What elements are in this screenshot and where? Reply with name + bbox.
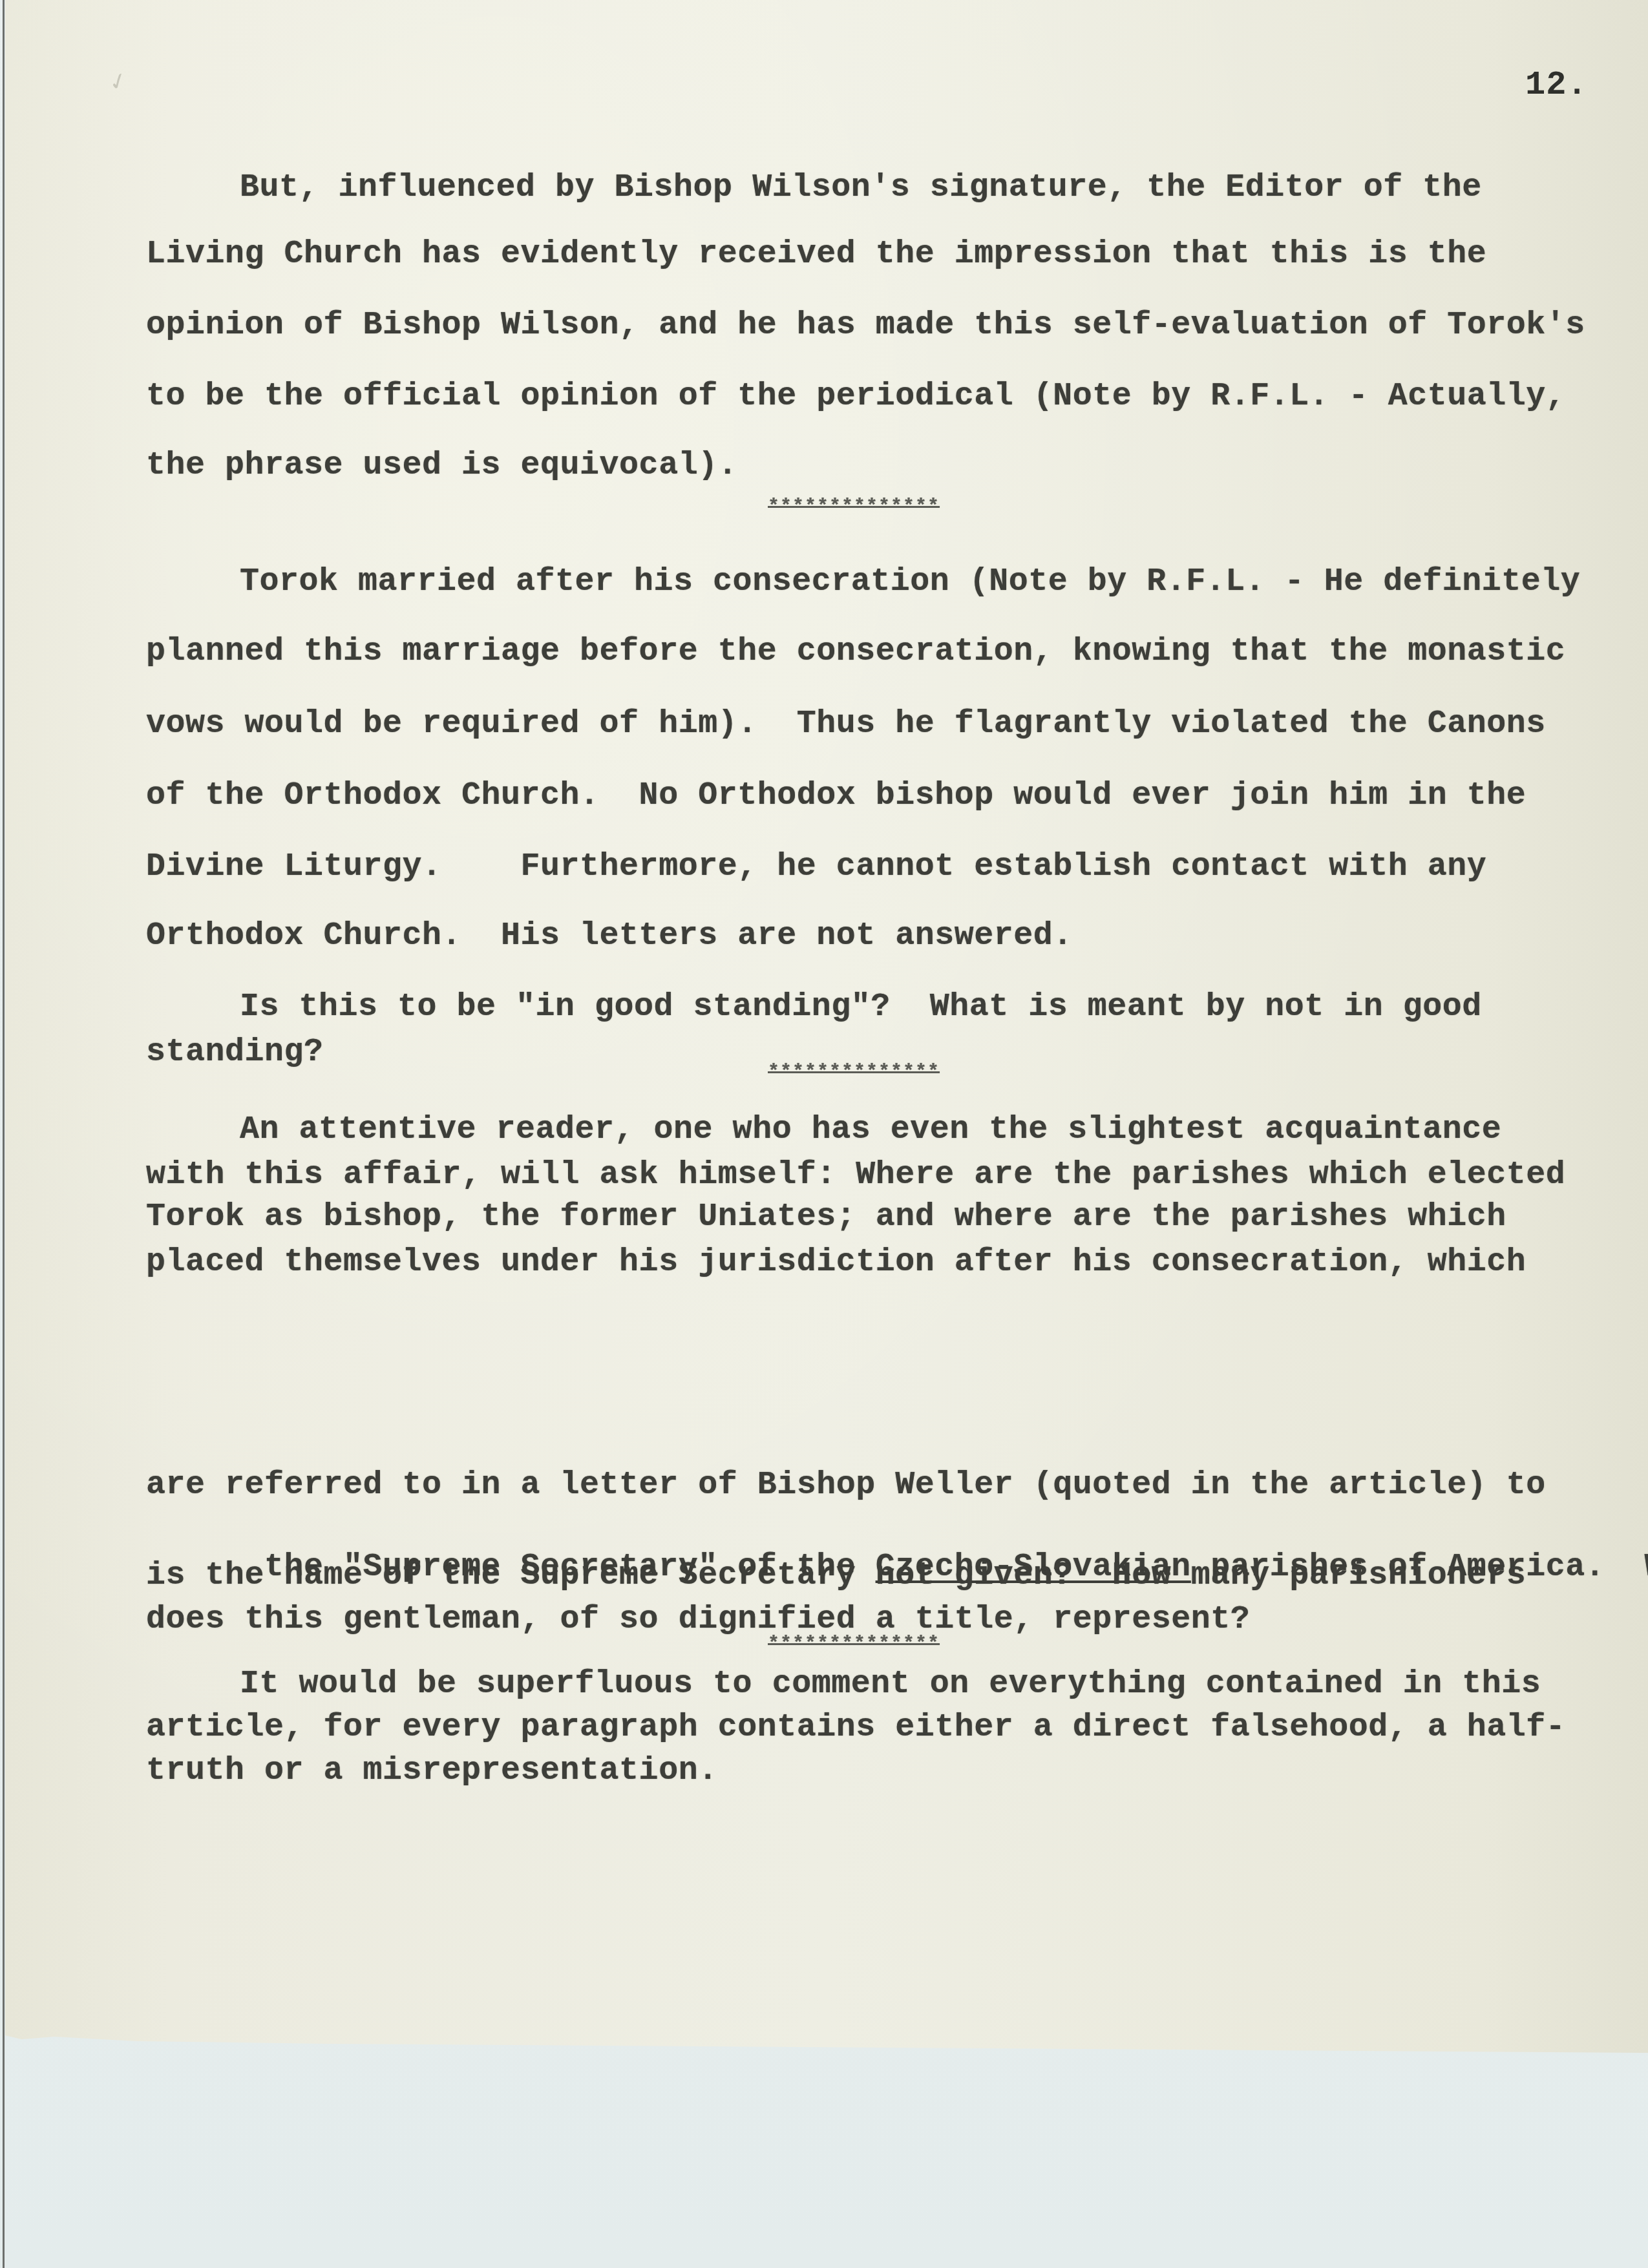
paragraph-4-line-4: placed themselves under his jurisdiction… [146, 1244, 1526, 1281]
paragraph-2-line-5: Divine Liturgy. Furthermore, he cannot e… [146, 848, 1486, 885]
paragraph-2-line-4: of the Orthodox Church. No Orthodox bish… [146, 777, 1526, 814]
paragraph-2-line-6: Orthodox Church. His letters are not ans… [146, 918, 1073, 954]
paragraph-4-line-5: are referred to in a letter of Bishop We… [146, 1467, 1546, 1504]
paragraph-5-line-1: It would be superfluous to comment on ev… [240, 1666, 1541, 1703]
paragraph-3-line-1: Is this to be "in good standing"? What i… [240, 989, 1482, 1025]
scan-edge-line [3, 0, 5, 2268]
paragraph-3-line-2: standing? [146, 1034, 324, 1071]
section-separator: ************** [768, 1633, 940, 1655]
paragraph-1-line-3: opinion of Bishop Wilson, and he has mad… [146, 307, 1585, 344]
paragraph-1-line-4: to be the official opinion of the period… [146, 378, 1565, 415]
typewritten-page: ✓ 12. But, influenced by Bishop Wilson's… [5, 0, 1648, 2139]
paragraph-1-line-1: But, influenced by Bishop Wilson's signa… [240, 169, 1482, 206]
paragraph-5-line-2: article, for every paragraph contains ei… [146, 1709, 1565, 1746]
paragraph-4-line-8: does this gentleman, of so dignified a t… [146, 1601, 1250, 1638]
document-body: But, influenced by Bishop Wilson's signa… [146, 0, 1594, 1510]
paragraph-4-line-2: with this affair, will ask himself: Wher… [146, 1157, 1565, 1193]
section-separator: ************** [768, 496, 940, 518]
paragraph-2-line-1: Torok married after his consecration (No… [240, 563, 1580, 600]
paragraph-4-line-3: Torok as bishop, the former Uniates; and… [146, 1199, 1506, 1235]
paragraph-1-line-5: the phrase used is equivocal). [146, 447, 737, 484]
paragraph-5-line-3: truth or a misrepresentation. [146, 1752, 718, 1789]
paragraph-4-line-1: An attentive reader, one who has even th… [240, 1111, 1501, 1148]
paragraph-1-line-2: Living Church has evidently received the… [146, 236, 1486, 273]
paragraph-4-line-7: is the name of the Supreme Secretary not… [146, 1557, 1526, 1594]
paragraph-2-line-2: planned this marriage before the consecr… [146, 633, 1565, 670]
paragraph-2-line-3: vows would be required of him). Thus he … [146, 706, 1546, 742]
section-separator: ************** [768, 1062, 940, 1084]
